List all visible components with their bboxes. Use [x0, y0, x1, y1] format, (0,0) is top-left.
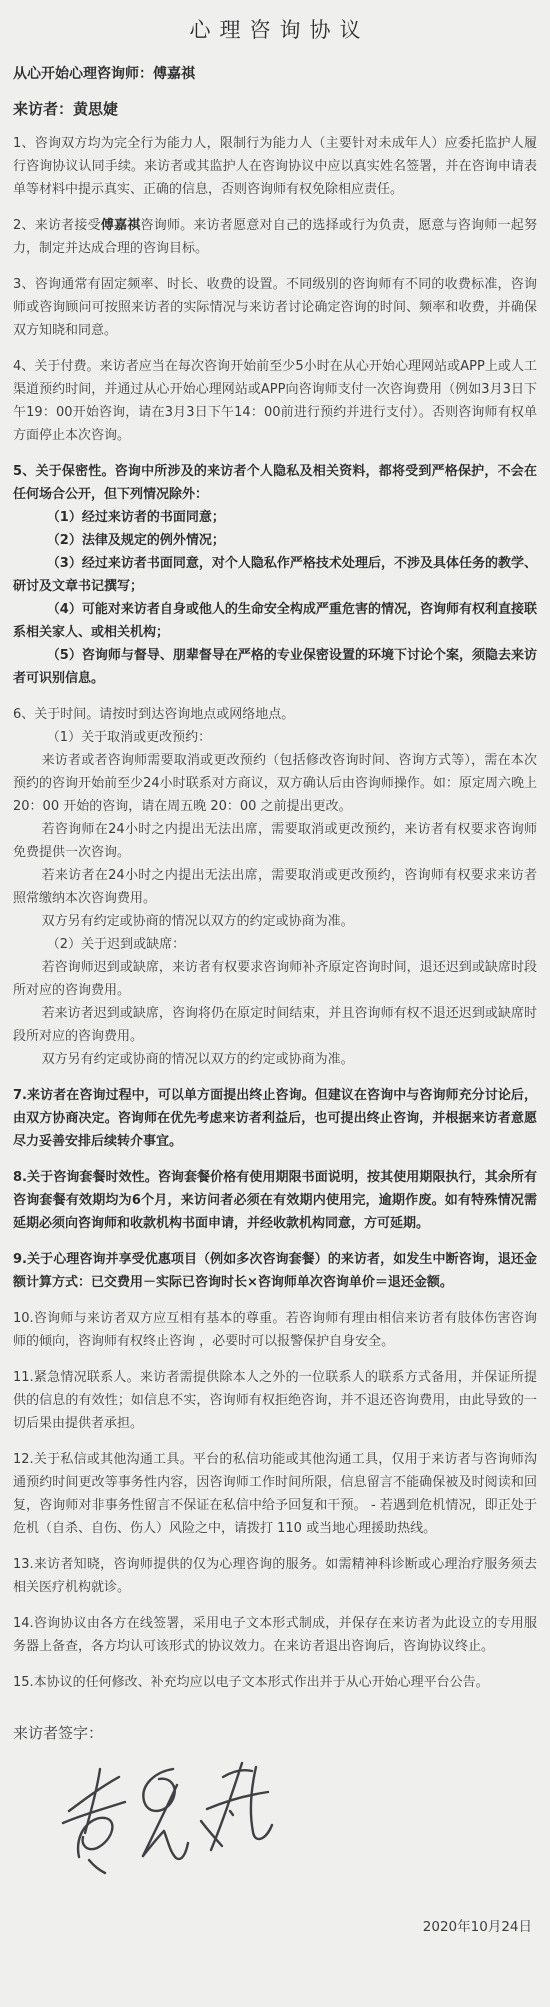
clause-text: 8.关于咨询套餐时效性。咨询套餐价格有使用期限书面说明，按其使用期限执行，其余所…	[13, 1170, 537, 1231]
clause-8-line: 8.关于咨询套餐时效性。咨询套餐价格有使用期限书面说明，按其使用期限执行，其余所…	[13, 1166, 537, 1235]
counselor-line: 从心开始心理咨询师：傅嘉祺	[13, 64, 537, 84]
clause-text: 5、关于保密性。咨询中所涉及的来访者个人隐私及相关资料，都将受到严格保护，不会在…	[13, 464, 537, 502]
clauses-container: 1、咨询双方均为完全行为能力人，限制行为能力人（主要针对未成年人）应委托监护人履…	[13, 132, 537, 1694]
clause-text: 13.来访者知晓，咨询师提供的仅为心理咨询的服务。如需精神科诊断或心理治疗服务须…	[13, 1557, 537, 1595]
clause-text: （1）经过来访者的书面同意；	[47, 510, 225, 525]
clause-text: 来访者或者咨询师需要取消或更改预约（包括修改咨询时间、咨询方式等），需在本次预约…	[13, 753, 537, 814]
clause-text: （4）可能对来访者自身或他人的生命安全构成严重危害的情况，咨询师有权利直接联系相…	[13, 602, 537, 640]
signature-scribble-icon	[55, 1759, 295, 1907]
agreement-document: 心理咨询协议 从心开始心理咨询师：傅嘉祺 来访者：黄思婕 1、咨询双方均为完全行…	[0, 0, 550, 2007]
signature-label: 来访者签字：	[13, 1722, 537, 1745]
page-title: 心理咨询协议	[13, 14, 537, 44]
clause-10-line: 10.咨询师与来访者双方应互相有基本的尊重。若咨询师有理由相信来访者有肢体伤害咨…	[13, 1307, 537, 1353]
clause-text: 双方另有约定或协商的情况以双方的约定或协商为准。	[42, 914, 354, 929]
clause-text: （5）咨询师与督导、朋辈督导在严格的专业保密设置的环境下讨论个案，须隐去来访者可…	[13, 648, 537, 686]
clause-5-line: （2）法律及规定的例外情况；	[13, 529, 537, 552]
clause-text: 2、来访者接受	[13, 218, 101, 233]
clause-text: 6、关于时间。请按时到达咨询地点或网络地点。	[13, 707, 294, 722]
clause-text: 双方另有约定或协商的情况以双方的约定或协商为准。	[42, 1052, 354, 1067]
clause-12-line: 12.关于私信或其他沟通工具。平台的私信功能或其他沟通工具，仅用于来访者与咨询师…	[13, 1448, 537, 1540]
clause-14-line: 14.咨询协议由各方在线签署，采用电子文本形式制成，并保存在来访者为此设立的专用…	[13, 1612, 537, 1658]
clause-6-line: （1）关于取消或更改预约：	[13, 726, 537, 749]
clause-6-line: 若来访者迟到或缺席，咨询将仍在原定时间结束，并且咨询师有权不退还迟到或缺席时段所…	[13, 1002, 537, 1048]
clause-9-line: 9.关于心理咨询并享受优惠项目（例如多次咨询套餐）的来访者，如发生中断咨询，退还…	[13, 1248, 537, 1294]
clause-11-line: 11.紧急情况联系人。来访者需提供除本人之外的一位联系人的联系方式备用，并保证所…	[13, 1366, 537, 1435]
clause-text: 7.来访者在咨询过程中，可以单方面提出终止咨询。但建议在咨询中与咨询师充分讨论后…	[13, 1088, 537, 1149]
clause-6-line: 双方另有约定或协商的情况以双方的约定或协商为准。	[13, 1048, 537, 1071]
clause-text: 4、关于付费。来访者应当在每次咨询开始前至少5小时在从心开始心理网站或APP上或…	[13, 359, 537, 443]
visitor-line: 来访者：黄思婕	[13, 99, 537, 119]
clause-5-line: （1）经过来访者的书面同意；	[13, 506, 537, 529]
clause-text: 9.关于心理咨询并享受优惠项目（例如多次咨询套餐）的来访者，如发生中断咨询，退还…	[13, 1252, 537, 1290]
clause-text: 若咨询师迟到或缺席，来访者有权要求咨询师补齐原定咨询时间，退还迟到或缺席时段所对…	[13, 960, 537, 998]
clause-6-line: 来访者或者咨询师需要取消或更改预约（包括修改咨询时间、咨询方式等），需在本次预约…	[13, 749, 537, 818]
clause-text: 1、咨询双方均为完全行为能力人，限制行为能力人（主要针对未成年人）应委托监护人履…	[13, 136, 537, 197]
clause-6-line: 双方另有约定或协商的情况以双方的约定或协商为准。	[13, 910, 537, 933]
clause-1-line: 1、咨询双方均为完全行为能力人，限制行为能力人（主要针对未成年人）应委托监护人履…	[13, 132, 537, 201]
clause-6-line: 若来访者在24小时之内提出无法出席，需要取消或更改预约，咨询师有权要求来访者照常…	[13, 864, 537, 910]
clause-text: 傅嘉祺	[101, 218, 141, 233]
clause-2-line: 2、来访者接受傅嘉祺咨询师。来访者愿意对自己的选择或行为负责，愿意与咨询师一起努…	[13, 214, 537, 260]
clause-text: 10.咨询师与来访者双方应互相有基本的尊重。若咨询师有理由相信来访者有肢体伤害咨…	[13, 1311, 537, 1349]
clause-text: 11.紧急情况联系人。来访者需提供除本人之外的一位联系人的联系方式备用，并保证所…	[13, 1370, 537, 1431]
clause-text: （1）关于取消或更改预约：	[47, 730, 211, 745]
signature-date: 2020年10月24日	[13, 1917, 532, 1937]
clause-13-line: 13.来访者知晓，咨询师提供的仅为心理咨询的服务。如需精神科诊断或心理治疗服务须…	[13, 1553, 537, 1599]
clause-4-line: 4、关于付费。来访者应当在每次咨询开始前至少5小时在从心开始心理网站或APP上或…	[13, 355, 537, 447]
clause-text: 若咨询师在24小时之内提出无法出席，需要取消或更改预约，来访者有权要求咨询师免费…	[13, 822, 537, 860]
clause-15-line: 15.本协议的任何修改、补充均应以电子文本形式作出并于从心开始心理平台公告。	[13, 1671, 537, 1694]
clause-text: （3）经过来访者书面同意，对个人隐私作严格技术处理后，不涉及具体任务的教学、研讨…	[13, 556, 537, 594]
clause-text: 3、咨询通常有固定频率、时长、收费的设置。不同级别的咨询师有不同的收费标准，咨询…	[13, 277, 537, 338]
clause-6-line: 若咨询师在24小时之内提出无法出席，需要取消或更改预约，来访者有权要求咨询师免费…	[13, 818, 537, 864]
clause-6-line: （2）关于迟到或缺席：	[13, 933, 537, 956]
clause-text: 12.关于私信或其他沟通工具。平台的私信功能或其他沟通工具，仅用于来访者与咨询师…	[13, 1452, 537, 1536]
clause-text: 若来访者在24小时之内提出无法出席，需要取消或更改预约，咨询师有权要求来访者照常…	[13, 868, 537, 906]
visitor-signature	[55, 1759, 295, 1907]
clause-text: 14.咨询协议由各方在线签署，采用电子文本形式制成，并保存在来访者为此设立的专用…	[13, 1616, 537, 1654]
clause-7-line: 7.来访者在咨询过程中，可以单方面提出终止咨询。但建议在咨询中与咨询师充分讨论后…	[13, 1084, 537, 1153]
clause-text: 15.本协议的任何修改、补充均应以电子文本形式作出并于从心开始心理平台公告。	[13, 1675, 489, 1690]
clause-5-line: （5）咨询师与督导、朋辈督导在严格的专业保密设置的环境下讨论个案，须隐去来访者可…	[13, 644, 537, 690]
clause-text: （2）法律及规定的例外情况；	[47, 533, 225, 548]
clause-5-line: 5、关于保密性。咨询中所涉及的来访者个人隐私及相关资料，都将受到严格保护，不会在…	[13, 460, 537, 506]
clause-5-line: （3）经过来访者书面同意，对个人隐私作严格技术处理后，不涉及具体任务的教学、研讨…	[13, 552, 537, 598]
clause-3-line: 3、咨询通常有固定频率、时长、收费的设置。不同级别的咨询师有不同的收费标准，咨询…	[13, 273, 537, 342]
clause-6-line: 若咨询师迟到或缺席，来访者有权要求咨询师补齐原定咨询时间，退还迟到或缺席时段所对…	[13, 956, 537, 1002]
clause-6-line: 6、关于时间。请按时到达咨询地点或网络地点。	[13, 703, 537, 726]
clause-text: （2）关于迟到或缺席：	[47, 937, 185, 952]
clause-text: 若来访者迟到或缺席，咨询将仍在原定时间结束，并且咨询师有权不退还迟到或缺席时段所…	[13, 1006, 537, 1044]
clause-5-line: （4）可能对来访者自身或他人的生命安全构成严重危害的情况，咨询师有权利直接联系相…	[13, 598, 537, 644]
